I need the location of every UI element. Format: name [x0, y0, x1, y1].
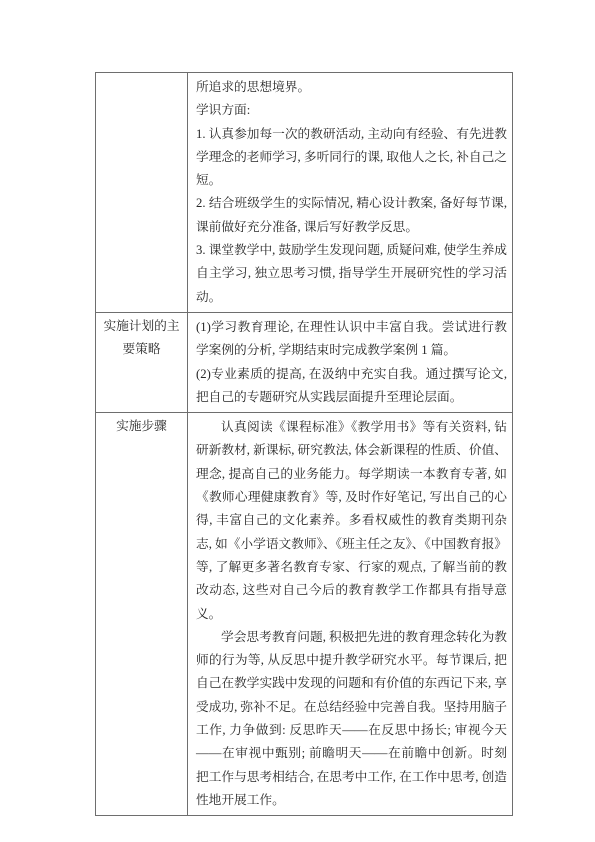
row-label-cell-strategy: 实施计划的主要策略: [96, 312, 188, 412]
paragraph: 2. 结合班级学生的实际情况, 精心设计教案, 备好每节课, 课前做好充分准备,…: [196, 192, 507, 239]
row-content-cell-steps: 认真阅读《课程标准》《教学用书》等有关资料, 钻研新教材, 新课标, 研究教法,…: [188, 413, 513, 816]
table-row-general: 所追求的思想境界。 学识方面: 1. 认真参加每一次的教研活动, 主动向有经验、…: [96, 73, 513, 313]
paragraph: 认真阅读《课程标准》《教学用书》等有关资料, 钻研新教材, 新课标, 研究教法,…: [196, 416, 507, 626]
table-row-strategy: 实施计划的主要策略 (1)学习教育理论, 在理性认识中丰富自我。尝试进行教学案例…: [96, 312, 513, 412]
row-label: 实施步骤: [116, 419, 167, 433]
paragraph: 学会思考教育问题, 积极把先进的教育理念转化为教师的行为等, 从反思中提升教学研…: [196, 626, 507, 812]
table-row-steps: 实施步骤 认真阅读《课程标准》《教学用书》等有关资料, 钻研新教材, 新课标, …: [96, 413, 513, 816]
paragraph: 3. 课堂教学中, 鼓励学生发现问题, 质疑问难, 使学生养成自主学习, 独立思…: [196, 239, 507, 309]
row-label-cell-steps: 实施步骤: [96, 413, 188, 816]
document-page: 所追求的思想境界。 学识方面: 1. 认真参加每一次的教研活动, 主动向有经验、…: [0, 0, 595, 842]
row-label: 实施计划的主要策略: [103, 319, 179, 356]
row-content-cell-strategy: (1)学习教育理论, 在理性认识中丰富自我。尝试进行教学案例的分析, 学期结束时…: [188, 312, 513, 412]
paragraph: (1)学习教育理论, 在理性认识中丰富自我。尝试进行教学案例的分析, 学期结束时…: [196, 316, 507, 363]
plan-table: 所追求的思想境界。 学识方面: 1. 认真参加每一次的教研活动, 主动向有经验、…: [95, 72, 513, 816]
row-content-cell-general: 所追求的思想境界。 学识方面: 1. 认真参加每一次的教研活动, 主动向有经验、…: [188, 73, 513, 313]
paragraph: 所追求的思想境界。: [196, 76, 507, 99]
row-label-cell-empty: [96, 73, 188, 313]
paragraph: 学识方面:: [196, 99, 507, 122]
paragraph: (2)专业素质的提高, 在汲纳中充实自我。通过撰写论文, 把自己的专题研究从实践…: [196, 363, 507, 410]
paragraph: 1. 认真参加每一次的教研活动, 主动向有经验、有先进教学理念的老师学习, 多听…: [196, 123, 507, 193]
